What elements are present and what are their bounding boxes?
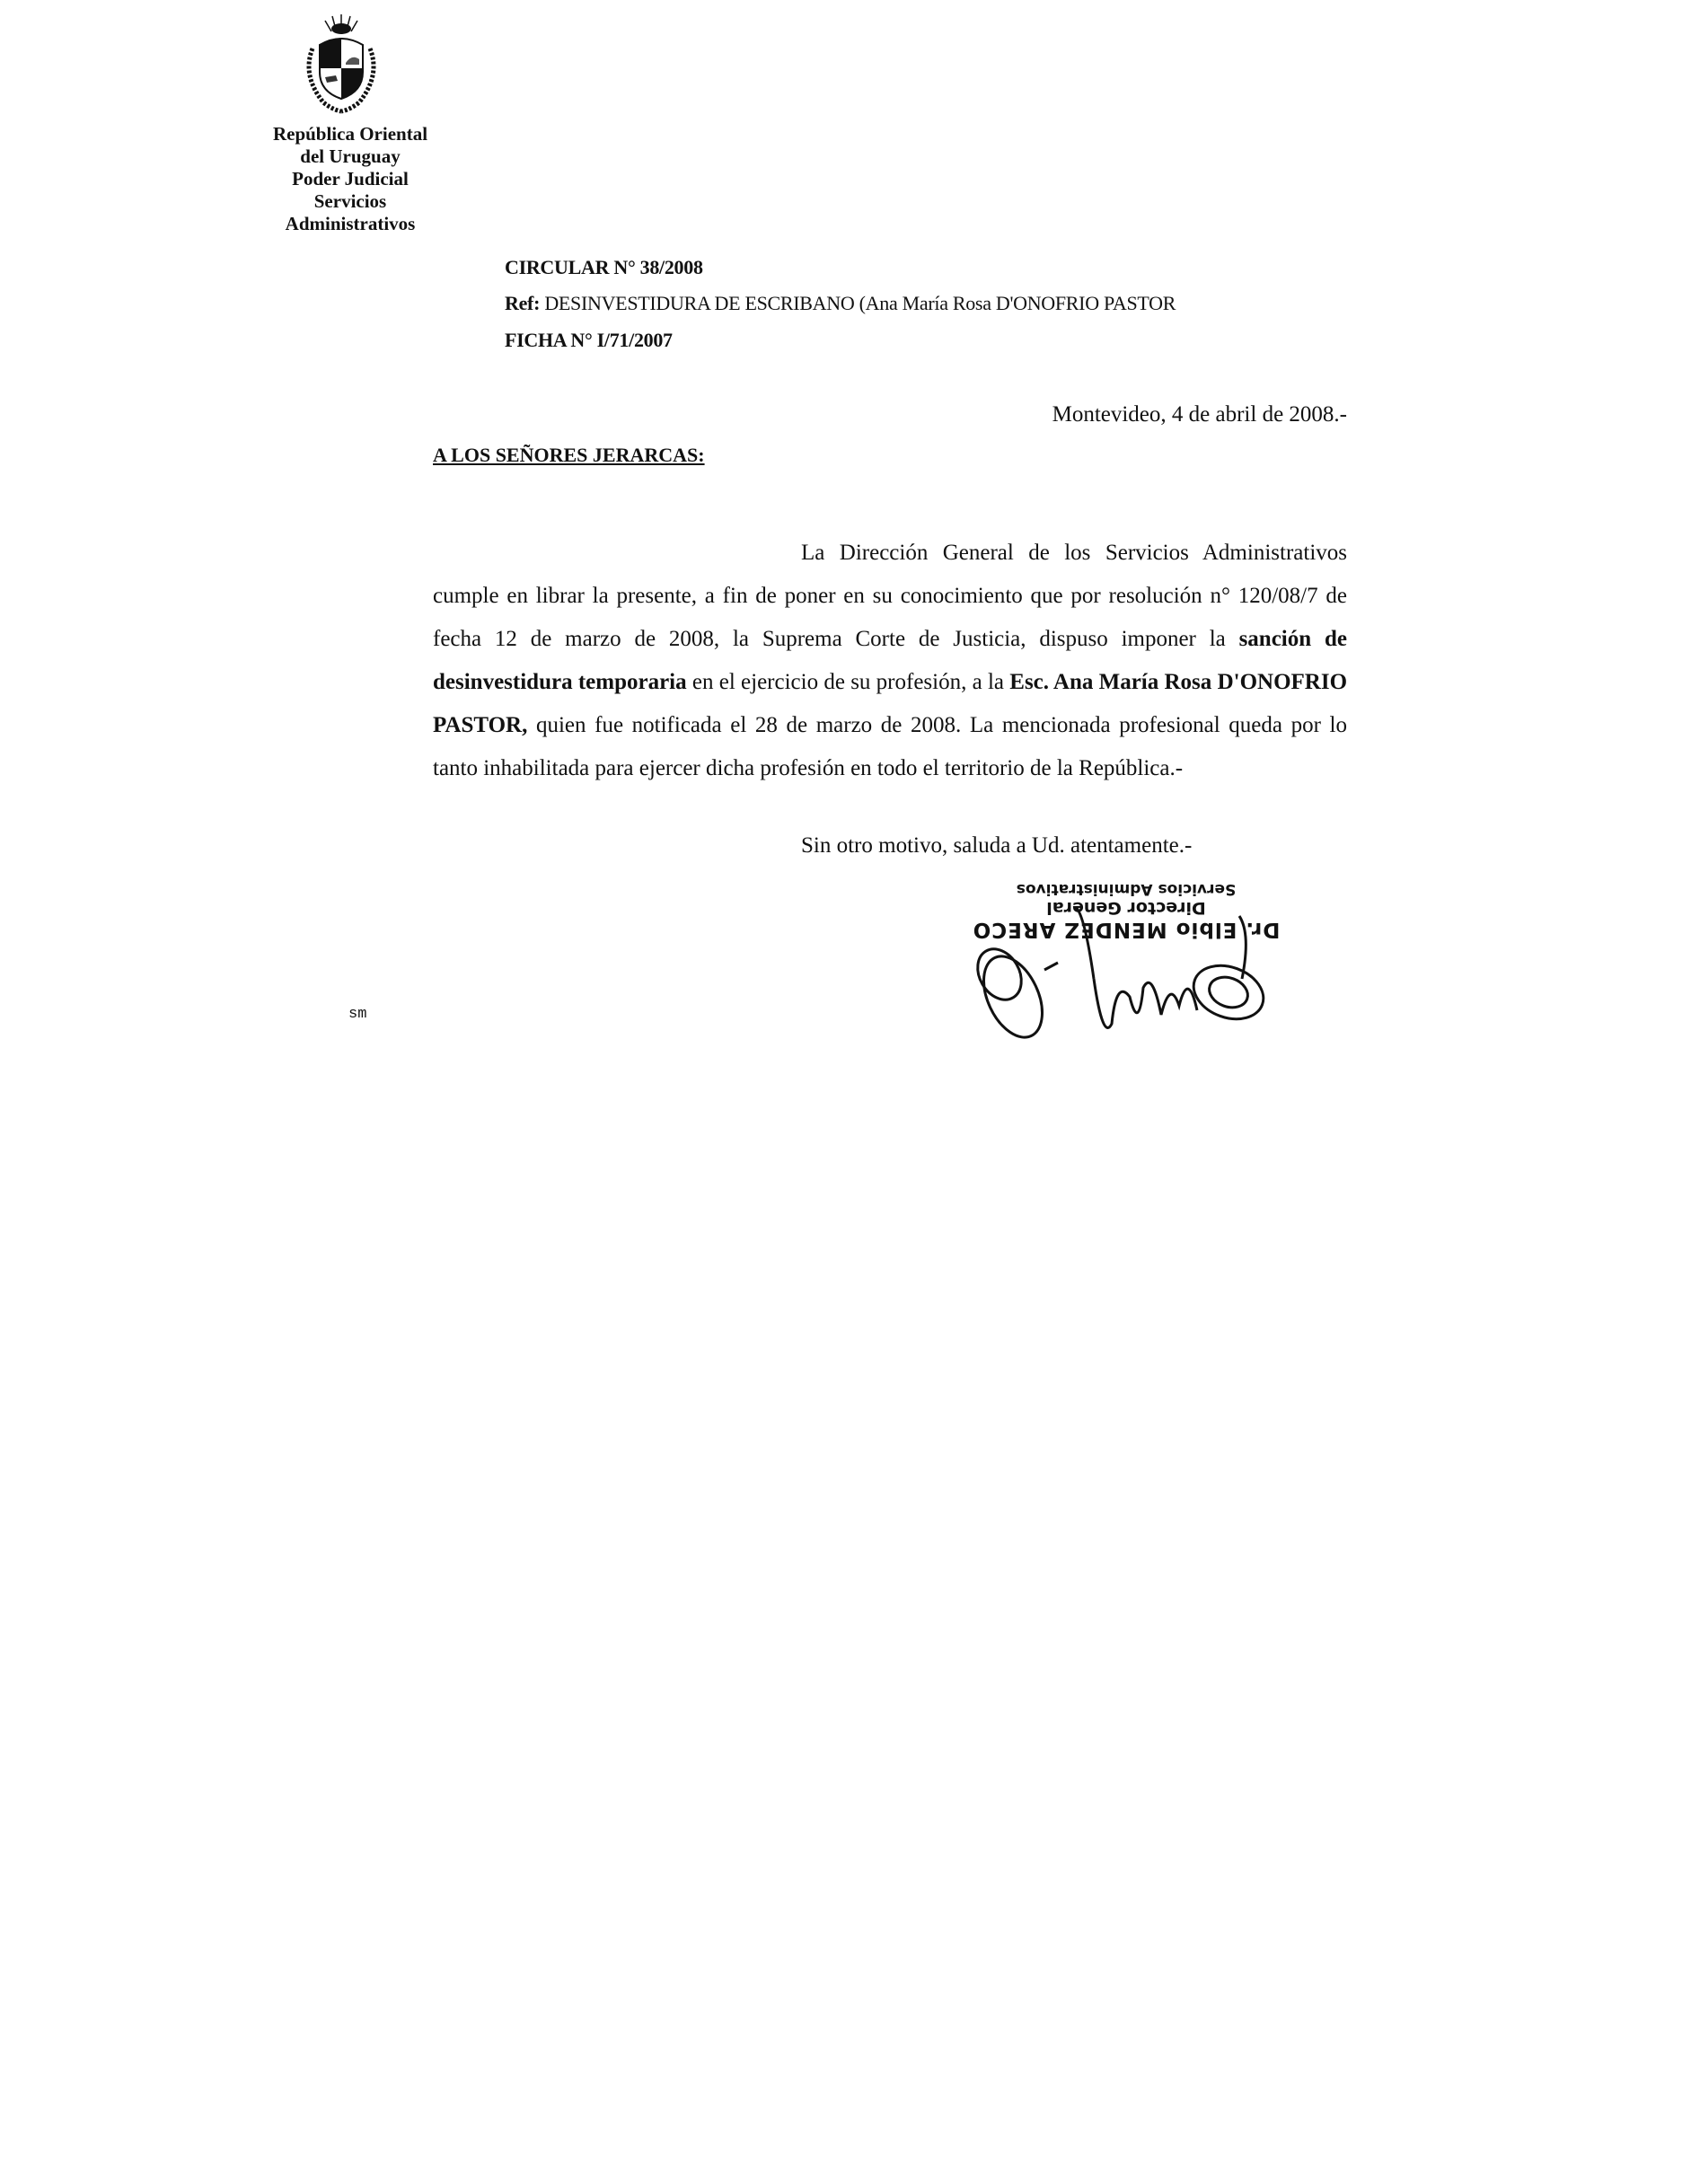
circular-number: CIRCULAR N° 38/2008: [505, 256, 703, 279]
letterhead-line: del Uruguay: [242, 145, 458, 168]
body-text: quien fue notificada el 28 de marzo de 2…: [433, 713, 1347, 780]
signature-stamp: Dr. Elbio MENDEZ ARECO Director General …: [959, 880, 1293, 1051]
salutation: A LOS SEÑORES JERARCAS:: [433, 444, 705, 467]
ficha-number: FICHA N° I/71/2007: [505, 329, 673, 352]
body-text: en el ejercicio de su profesión, a la: [687, 670, 1010, 694]
letterhead-line: Administrativos: [242, 213, 458, 235]
letterhead-line: Servicios: [242, 190, 458, 213]
typist-initials: sm: [348, 1006, 366, 1023]
reference-line: Ref: DESINVESTIDURA DE ESCRIBANO (Ana Ma…: [505, 292, 1176, 315]
body-paragraph: La Dirección General de los Servicios Ad…: [433, 532, 1347, 790]
handwritten-signature-icon: [959, 880, 1293, 1051]
letterhead: República Oriental del Uruguay Poder Jud…: [242, 123, 458, 235]
body-text: La Dirección General de los Servicios Ad…: [433, 541, 1347, 651]
coat-of-arms-icon: [296, 13, 386, 119]
closing-line: Sin otro motivo, saluda a Ud. atentament…: [801, 833, 1192, 859]
reference-label: Ref:: [505, 292, 540, 314]
document-date: Montevideo, 4 de abril de 2008.-: [1052, 402, 1347, 427]
letterhead-line: República Oriental: [242, 123, 458, 145]
letterhead-line: Poder Judicial: [242, 168, 458, 190]
reference-text: DESINVESTIDURA DE ESCRIBANO (Ana María R…: [544, 292, 1176, 314]
notary-name: Esc. Ana María Rosa: [1009, 670, 1211, 694]
